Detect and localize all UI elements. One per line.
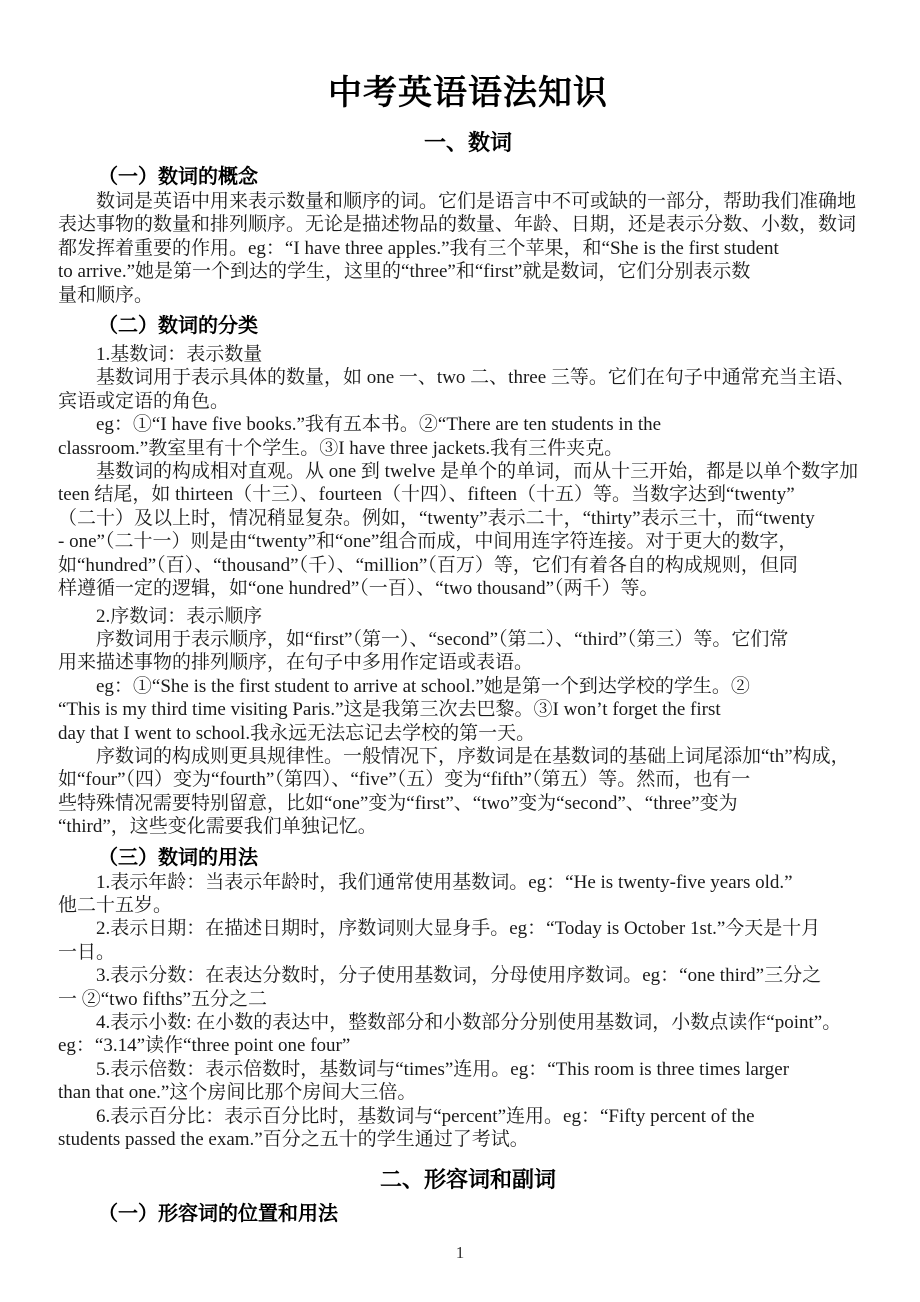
subheading-numeral-usage: （三）数词的用法 <box>58 845 878 871</box>
para-cardinal-formation: 基数词的构成相对直观。从 one 到 twelve 是单个的单词，而从十三开始，… <box>58 460 878 600</box>
section-heading-adjectives-adverbs: 二、形容词和副词 <box>58 1165 878 1195</box>
subheading-numeral-classification: （二）数词的分类 <box>58 313 878 339</box>
document-body: 一、数词（一）数词的概念数词是英语中用来表示数量和顺序的词。它们是语言中不可或缺… <box>58 128 878 1227</box>
subheading-numeral-concept: （一）数词的概念 <box>58 164 878 190</box>
para-ordinal-definition: 序数词用于表示顺序，如“first”（第一）、“second”（第二）、“thi… <box>58 628 878 675</box>
para-usage-percentage: 6.表示百分比：表示百分比时，基数词与“percent”连用。eg：“Fifty… <box>58 1105 878 1152</box>
document-page: 中考英语语法知识 一、数词（一）数词的概念数词是英语中用来表示数量和顺序的词。它… <box>0 0 920 1302</box>
para-cardinal-examples: eg：①“I have five books.”我有五本书。②“There ar… <box>58 413 878 460</box>
para-usage-fraction: 3.表示分数：在表达分数时，分子使用基数词，分母使用序数词。eg：“one th… <box>58 964 878 1011</box>
para-usage-age: 1.表示年龄：当表示年龄时，我们通常使用基数词。eg：“He is twenty… <box>58 871 878 918</box>
item-cardinal-numerals: 1.基数词：表示数量 <box>58 343 878 366</box>
para-usage-decimal: 4.表示小数: 在小数的表达中，整数部分和小数部分分别使用基数词，小数点读作“p… <box>58 1011 878 1058</box>
page-number: 1 <box>0 1243 920 1263</box>
para-usage-date: 2.表示日期：在描述日期时，序数词则大显身手。eg：“Today is Octo… <box>58 917 878 964</box>
para-ordinal-formation: 序数词的构成则更具规律性。一般情况下，序数词是在基数词的基础上词尾添加“th”构… <box>58 745 878 839</box>
section-heading-numerals: 一、数词 <box>58 128 878 158</box>
para-ordinal-examples: eg：①“She is the first student to arrive … <box>58 675 878 745</box>
para-usage-multiple: 5.表示倍数：表示倍数时，基数词与“times”连用。eg：“This room… <box>58 1058 878 1105</box>
para-numeral-concept: 数词是英语中用来表示数量和顺序的词。它们是语言中不可或缺的一部分，帮助我们准确地… <box>58 190 878 307</box>
subheading-adjective-position-usage: （一）形容词的位置和用法 <box>58 1201 878 1227</box>
para-cardinal-definition: 基数词用于表示具体的数量，如 one 一、two 二、three 三等。它们在句… <box>58 366 878 413</box>
document-title: 中考英语语法知识 <box>58 72 878 114</box>
item-ordinal-numerals: 2.序数词：表示顺序 <box>58 605 878 628</box>
